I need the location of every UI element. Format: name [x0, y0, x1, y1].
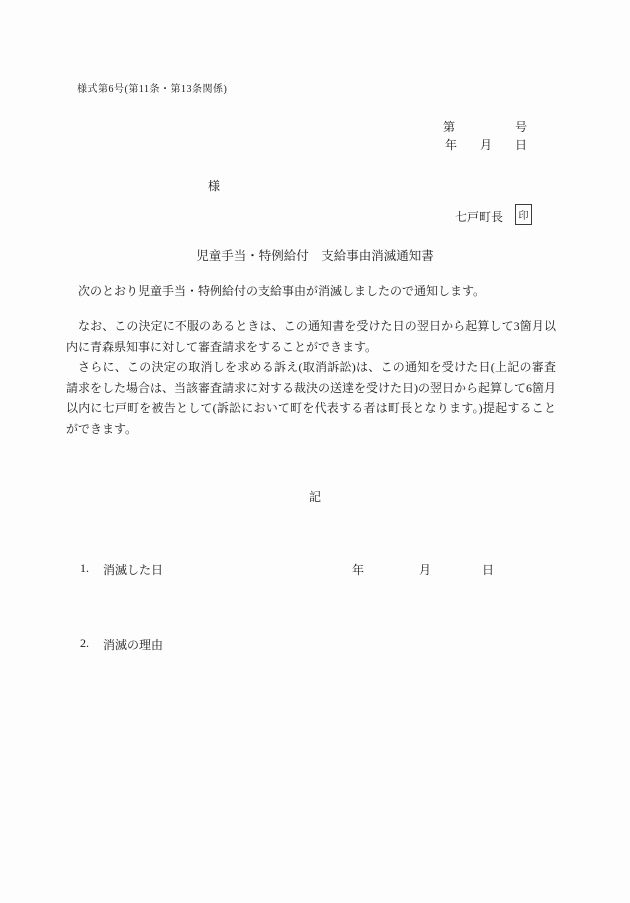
- item-1-label: 消滅した日: [103, 561, 163, 578]
- paragraph-notification: 次のとおり児童手当・特例給付の支給事由が消滅しましたので通知します。: [66, 283, 564, 299]
- item-1-number: 1.: [80, 561, 89, 576]
- seal-stamp-placeholder: 印: [515, 204, 532, 225]
- record-section-marker: 記: [0, 488, 630, 505]
- item-2-label: 消滅の理由: [103, 636, 163, 653]
- legal-notes: なお、この決定に不服のあるときは、この通知書を受けた日の翌日から起算して3箇月以…: [66, 316, 556, 439]
- item-1-month-label: 月: [419, 561, 431, 578]
- item-extinguished-reason-row: 2. 消滅の理由: [0, 636, 630, 652]
- document-number-prefix: 第: [443, 118, 455, 135]
- form-number: 様式第6号(第11条・第13条関係): [77, 80, 227, 95]
- sender-title: 七戸町長: [455, 208, 503, 225]
- item-2-number: 2.: [80, 636, 89, 651]
- addressee-honorific: 様: [208, 177, 220, 194]
- item-extinguished-date-row: 1. 消滅した日 年 月 日: [0, 561, 630, 577]
- paragraph-appeal-rights: なお、この決定に不服のあるときは、この通知書を受けた日の翌日から起算して3箇月以…: [66, 316, 556, 357]
- document-number-suffix: 号: [515, 118, 527, 135]
- notice-document-page: 様式第6号(第11条・第13条関係) 第 号 年 月 日 様 七戸町長 印 児童…: [0, 0, 630, 903]
- item-1-day-label: 日: [482, 561, 494, 578]
- issue-date-year-label: 年: [445, 136, 457, 153]
- issue-date-month-label: 月: [480, 136, 492, 153]
- issue-date-day-label: 日: [515, 136, 527, 153]
- document-title: 児童手当・特例給付 支給事由消滅通知書: [0, 246, 630, 264]
- item-1-year-label: 年: [352, 561, 364, 578]
- paragraph-lawsuit-rights: さらに、この決定の取消しを求める訴え(取消訴訟)は、この通知を受けた日(上記の審…: [66, 357, 556, 439]
